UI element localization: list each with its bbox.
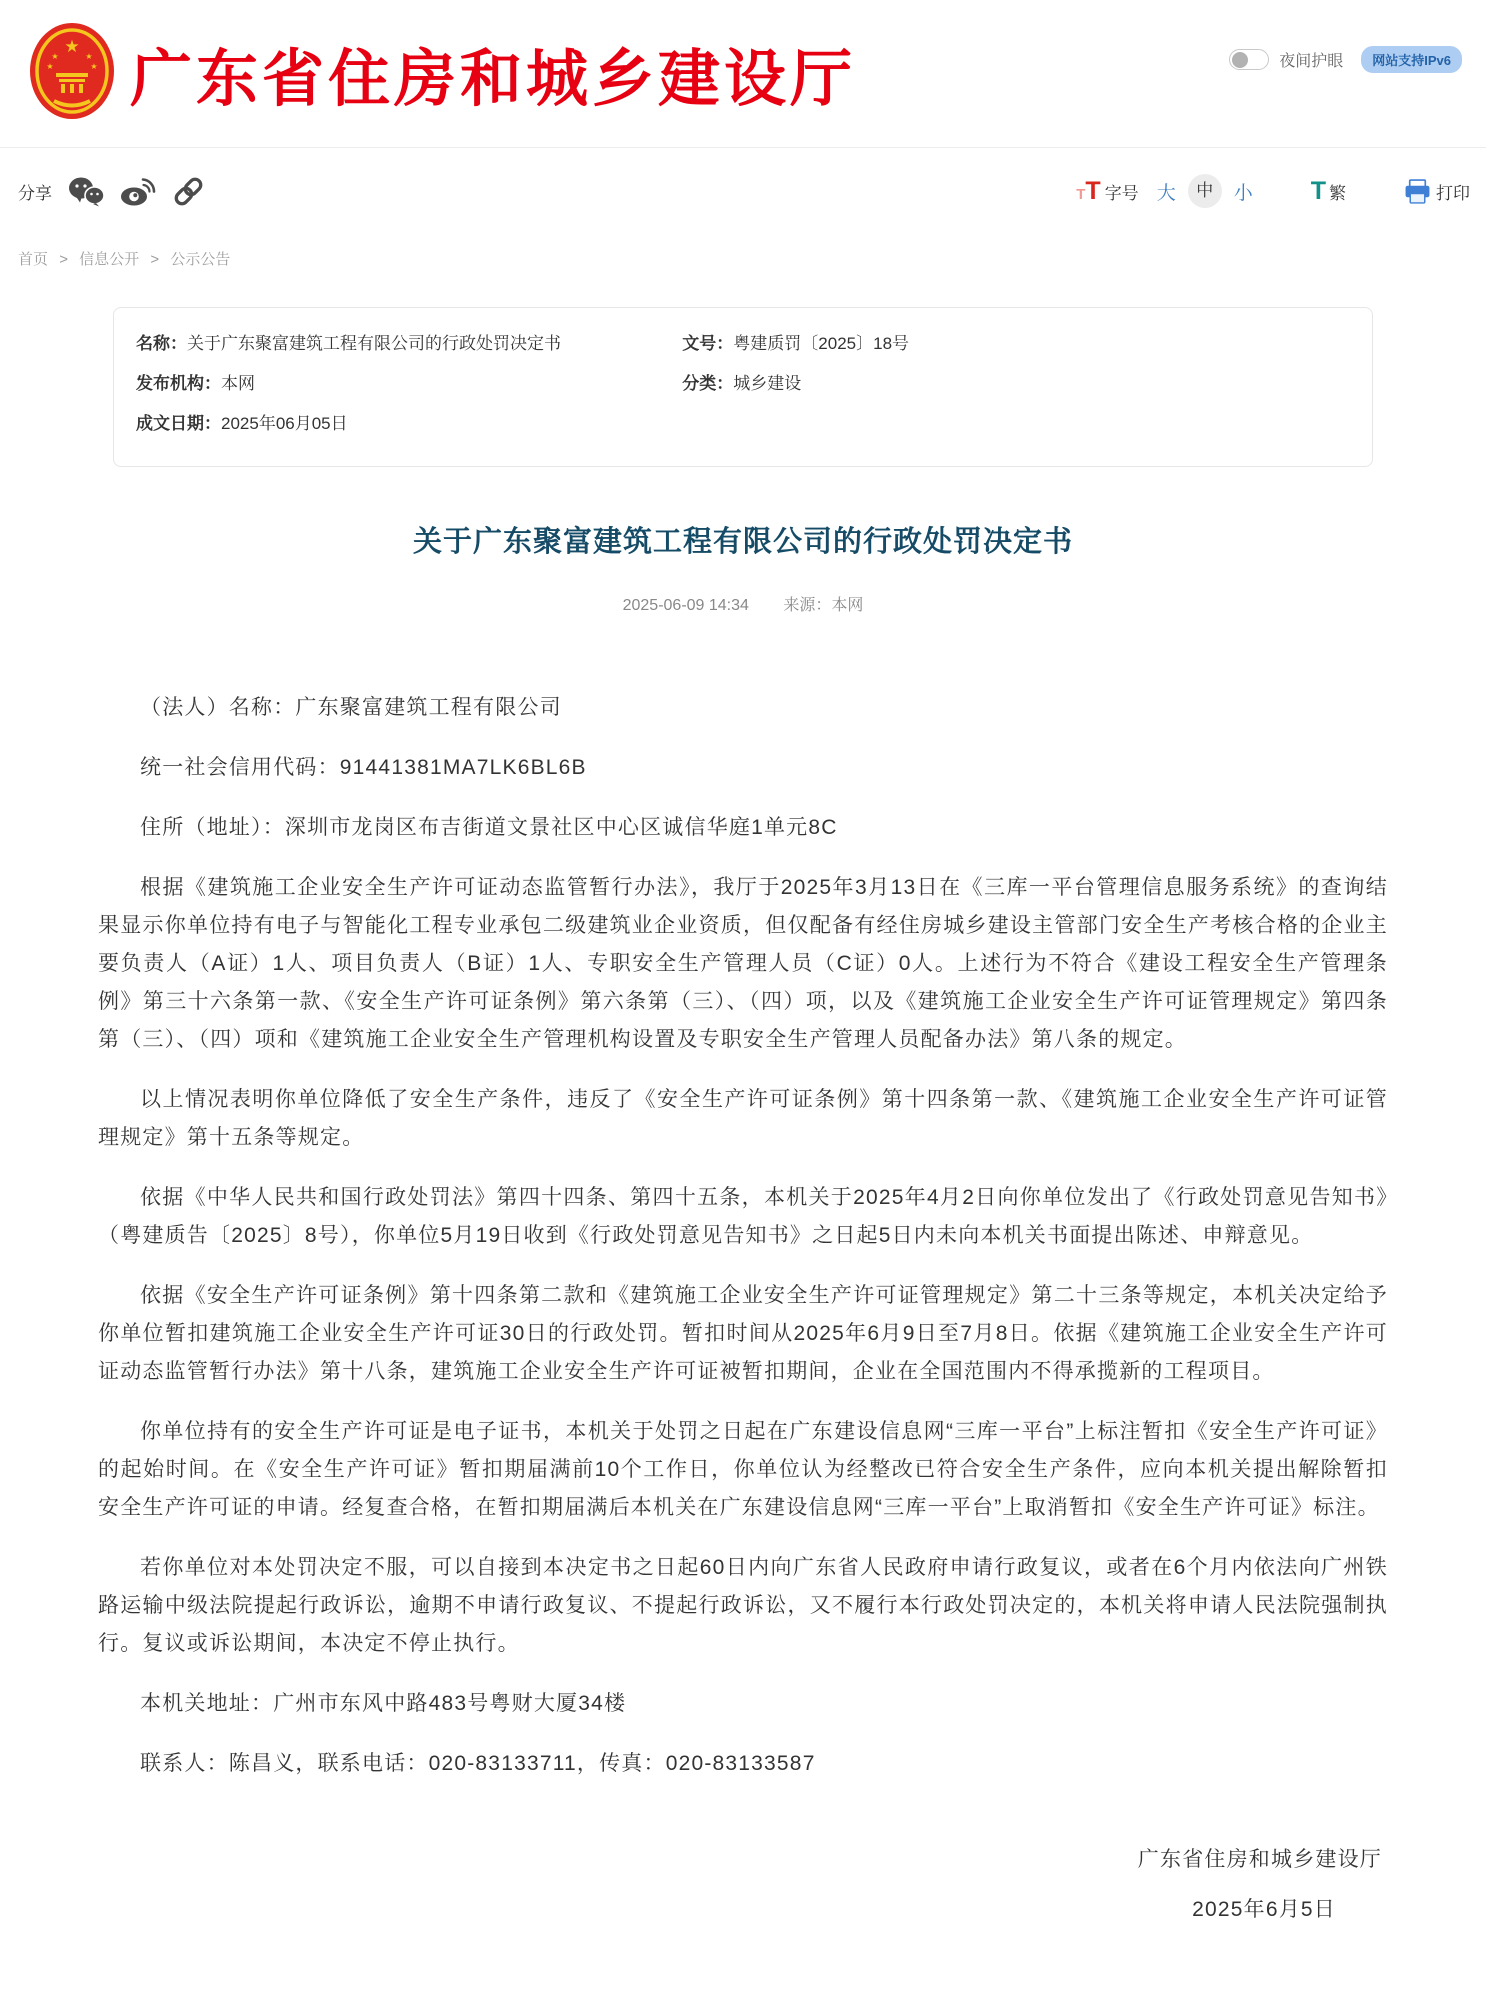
site-title: 广东省住房和城乡建设厅 [130, 29, 856, 118]
meta-name-label: 名称： [136, 334, 187, 353]
toggle-knob-icon [1232, 52, 1248, 68]
breadcrumb-current-announcements: 公示公告 [170, 251, 230, 268]
article-paragraph: 联系人：陈昌义，联系电话：020-83133711，传真：020-8313358… [98, 1745, 1388, 1783]
meta-docno-label: 文号： [682, 334, 733, 353]
signature: 广东省住房和城乡建设厅 [98, 1843, 1388, 1873]
wechat-share-button[interactable] [68, 176, 104, 207]
article-paragraph: 你单位持有的安全生产许可证是电子证书，本机关于处罚之日起在广东建设信息网“三库一… [98, 1413, 1388, 1527]
weibo-share-button[interactable] [120, 176, 156, 207]
document-meta-box: 名称：关于广东聚富建筑工程有限公司的行政处罚决定书 文号：粤建质罚〔2025〕1… [113, 307, 1373, 467]
article-meta: 2025-06-09 14:34 来源：本网 [0, 592, 1486, 615]
ipv6-badge: 网站支持IPv6 [1361, 46, 1462, 73]
svg-text:★: ★ [46, 62, 53, 71]
meta-publisher-label: 发布机构： [136, 374, 221, 393]
font-size-medium-button[interactable]: 中 [1188, 174, 1222, 208]
meta-date-value: 2025年06月05日 [221, 414, 348, 433]
article-paragraph: 依据《中华人民共和国行政处罚法》第四十四条、第四十五条，本机关于2025年4月2… [98, 1179, 1388, 1255]
meta-name-value: 关于广东聚富建筑工程有限公司的行政处罚决定书 [187, 334, 561, 353]
article-paragraph: 住所（地址）：深圳市龙岗区布吉街道文景社区中心区诚信华庭1单元8C [98, 809, 1388, 847]
meta-docno-value: 粤建质罚〔2025〕18号 [733, 334, 909, 353]
publish-time: 2025-06-09 14:34 [623, 597, 749, 614]
svg-text:★: ★ [85, 52, 92, 61]
font-size-small-button[interactable]: 小 [1234, 178, 1253, 205]
font-size-large-button[interactable]: 大 [1157, 178, 1176, 205]
traditional-t-icon: T [1311, 177, 1326, 206]
article-paragraph: 统一社会信用代码：91441381MA7LK6BL6B [98, 749, 1388, 787]
print-label: 打印 [1436, 179, 1470, 204]
weibo-icon [120, 176, 156, 207]
toolbar: 分享 [0, 148, 1486, 208]
printer-icon [1404, 179, 1431, 204]
svg-text:★: ★ [51, 52, 58, 61]
meta-publisher-value: 本网 [221, 374, 255, 393]
breadcrumb: 首页 > 信息公开 > 公示公告 [18, 248, 1486, 269]
breadcrumb-separator: > [59, 251, 68, 268]
meta-category-label: 分类： [682, 374, 733, 393]
svg-text:★: ★ [90, 62, 97, 71]
article-paragraph: 以上情况表明你单位降低了安全生产条件，违反了《安全生产许可证条例》第十四条第一款… [98, 1081, 1388, 1157]
meta-category-value: 城乡建设 [733, 374, 801, 393]
print-button[interactable]: 打印 [1404, 179, 1470, 204]
font-size-icon: TT [1076, 177, 1100, 206]
svg-text:★: ★ [64, 37, 79, 56]
tools-group: TT 字号 大 中 小 T 繁 打印 [1076, 174, 1470, 208]
article-source: 来源：本网 [783, 597, 863, 614]
article-paragraph: 本机关地址：广州市东风中路483号粤财大厦34楼 [98, 1685, 1388, 1723]
article-paragraph: 依据《安全生产许可证条例》第十四条第二款和《建筑施工企业安全生产许可证管理规定》… [98, 1277, 1388, 1391]
night-mode-label: 夜间护眼 [1279, 48, 1343, 71]
article-paragraphs: （法人）名称：广东聚富建筑工程有限公司统一社会信用代码：91441381MA7L… [98, 689, 1388, 1783]
traditional-chinese-button[interactable]: T 繁 [1311, 177, 1346, 206]
share-label: 分享 [18, 179, 52, 204]
font-size-label: 字号 [1105, 179, 1139, 204]
national-emblem-icon: ★ ★ ★ ★ ★ [28, 21, 116, 121]
link-icon [172, 175, 205, 208]
meta-date-label: 成文日期： [136, 414, 221, 433]
share-group: 分享 [18, 175, 205, 208]
breadcrumb-info-disclosure[interactable]: 信息公开 [79, 251, 139, 268]
article-paragraph: （法人）名称：广东聚富建筑工程有限公司 [98, 689, 1388, 727]
article-paragraph: 根据《建筑施工企业安全生产许可证动态监管暂行办法》，我厅于2025年3月13日在… [98, 869, 1388, 1059]
breadcrumb-home[interactable]: 首页 [18, 251, 48, 268]
breadcrumb-separator: > [150, 251, 159, 268]
article-title: 关于广东聚富建筑工程有限公司的行政处罚决定书 [0, 519, 1486, 560]
night-mode-toggle[interactable] [1229, 49, 1269, 70]
signature-date: 2025年6月5日 [98, 1893, 1388, 1923]
wechat-icon [68, 176, 104, 207]
site-header: ★ ★ ★ ★ ★ 广东省住房和城乡建设厅 夜间护眼 网站支持IPv6 [0, 0, 1486, 148]
article-paragraph: 若你单位对本处罚决定不服，可以自接到本决定书之日起60日内向广东省人民政府申请行… [98, 1549, 1388, 1663]
article-body: （法人）名称：广东聚富建筑工程有限公司统一社会信用代码：91441381MA7L… [98, 689, 1388, 1923]
copy-link-button[interactable] [172, 175, 205, 208]
traditional-label: 繁 [1329, 179, 1346, 204]
